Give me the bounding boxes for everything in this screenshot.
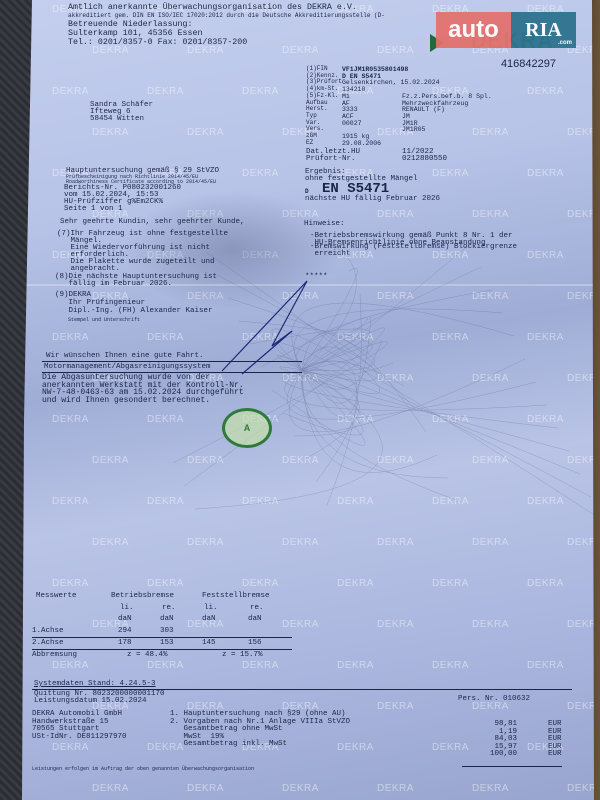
watermark: DEKRA — [187, 537, 224, 548]
listing-id: 416842297 — [501, 58, 556, 70]
autoria-logo-suffix: .com — [558, 40, 572, 46]
watermark: DEKRA — [432, 168, 469, 179]
closing-line: Wir wünschen Ihnen eine gute Fahrt. — [46, 352, 204, 361]
page-count: Seite 1 von 1 — [64, 205, 123, 214]
watermark: DEKRA — [567, 537, 594, 548]
brake-header: Feststellbremse — [202, 592, 270, 601]
watermark: DEKRA — [432, 578, 469, 589]
brake-value: 145 — [202, 639, 216, 648]
watermark: DEKRA — [92, 537, 129, 548]
watermark: DEKRA — [242, 168, 279, 179]
total-divider — [462, 766, 562, 767]
brake-value: 153 — [160, 639, 174, 648]
autoria-logo-auto: auto — [436, 12, 511, 48]
brake-unit: daN — [202, 615, 216, 624]
vehicle-field-label: EZ — [306, 140, 313, 146]
brake-unit: daN — [248, 615, 262, 624]
watermark: DEKRA — [337, 742, 374, 753]
autoria-logo-ria: RIA.com — [511, 12, 576, 48]
brake-subheader: li. — [204, 604, 218, 613]
watermark: DEKRA — [92, 455, 129, 466]
invoice-line-description: Gesamtbetrag inkl. MwSt — [170, 740, 287, 749]
brake-row-label: 2.Achse — [32, 639, 64, 648]
watermark: DEKRA — [527, 86, 564, 97]
brake-row-label: 1.Achse — [32, 627, 64, 636]
watermark: DEKRA — [52, 86, 89, 97]
watermark: DEKRA — [52, 742, 89, 753]
brake-subheader: re. — [250, 604, 264, 613]
brake-value: 294 — [118, 627, 132, 636]
watermark: DEKRA — [567, 701, 594, 712]
header-line-3: Betreuende Niederlassung: — [68, 20, 192, 29]
watermark: DEKRA — [52, 414, 89, 425]
deceleration-parking: z = 15.7% — [222, 651, 263, 660]
watermark: DEKRA — [472, 127, 509, 138]
watermark: DEKRA — [377, 619, 414, 630]
invoice-line-amount: 100,00 — [490, 750, 532, 759]
vehicle-field-value: 00027 — [342, 120, 362, 129]
brake-value: 178 — [118, 639, 132, 648]
watermark: DEKRA — [92, 783, 129, 794]
service-date: Leistungsdatum 15.02.2024 — [34, 697, 147, 706]
watermark: DEKRA — [432, 742, 469, 753]
divider — [42, 361, 302, 362]
inspection-report-document: DEKRADEKRADEKRADEKRADEKRADEKRADEKRADEKRA… — [22, 0, 594, 800]
invoice-footer: Leistungen erfolgen im Auftrag der oben … — [32, 766, 254, 772]
brake-header: Betriebsbremse — [111, 592, 174, 601]
watermark: DEKRA — [472, 537, 509, 548]
pruefort-nr-value: 0212880550 — [402, 155, 447, 164]
watermark: DEKRA — [52, 332, 89, 343]
vehicle-field-extra: JM1R05 — [402, 126, 425, 135]
watermark: DEKRA — [377, 209, 414, 220]
watermark: DEKRA — [147, 86, 184, 97]
watermark: DEKRA — [52, 660, 89, 671]
inspector-stamp: A — [222, 408, 272, 448]
watermark: DEKRA — [377, 783, 414, 794]
brake-value: 303 — [160, 627, 174, 636]
header-line-1: Amtlich anerkannte Überwachungsorganisat… — [68, 3, 357, 12]
watermark: DEKRA — [282, 45, 319, 56]
watermark: DEKRA — [377, 537, 414, 548]
notes-label: Hinweise: — [304, 220, 345, 229]
watermark: DEKRA — [377, 701, 414, 712]
watermark: DEKRA — [242, 660, 279, 671]
watermark: DEKRA — [472, 209, 509, 220]
vehicle-field-value: 29.08.2006 — [342, 140, 381, 149]
salutation: Sehr geehrte Kundin, sehr geehrter Kunde… — [60, 218, 245, 227]
watermark: DEKRA — [527, 168, 564, 179]
vehicle-field-label: (5)Fz-Kl. — [306, 93, 338, 99]
watermark: DEKRA — [282, 783, 319, 794]
watermark: DEKRA — [52, 578, 89, 589]
license-plate: EN S5471 — [322, 182, 389, 196]
watermark: DEKRA — [242, 578, 279, 589]
system-version: Systemdaten Stand: 4.24.5-3 — [34, 680, 156, 689]
header-line-5: Tel.: 0201/8357-0 Fax: 0201/8357-200 — [68, 38, 247, 47]
watermark: DEKRA — [567, 619, 594, 630]
brake-subheader: re. — [162, 604, 176, 613]
watermark: DEKRA — [92, 127, 129, 138]
deceleration-label: Abbremsung — [32, 651, 77, 660]
watermark: DEKRA — [432, 660, 469, 671]
company-line: USt-IdNr. DE811297970 — [32, 733, 127, 742]
divider — [32, 637, 292, 638]
header-line-4: Sulterkamp 101, 45356 Essen — [68, 29, 202, 38]
vehicle-field-label: Typ — [306, 113, 317, 119]
brake-subheader: li. — [120, 604, 134, 613]
note-line: erreicht — [310, 250, 351, 259]
watermark: DEKRA — [377, 45, 414, 56]
personnel-number: Pers. Nr. 010632 — [458, 695, 530, 704]
watermark: DEKRA — [187, 783, 224, 794]
pruefort-nr-label: Prüfort-Nr. — [306, 155, 356, 164]
paragraph-8-line: fällig im Februar 2026. — [55, 280, 172, 289]
autoria-logo-ria-text: RIA — [525, 19, 562, 42]
next-hu: nächste HU fällig Februar 2026 — [305, 195, 440, 204]
watermark: DEKRA — [567, 209, 594, 220]
emissions-title: Motormanagement/Abgasreinigungssystem — [44, 363, 211, 372]
deceleration-service: z = 48.4% — [127, 651, 168, 660]
brake-unit: daN — [160, 615, 174, 624]
watermark: DEKRA — [337, 578, 374, 589]
header-line-2: akkreditiert gem. DIN EN ISO/IEC 17020:2… — [68, 13, 385, 19]
autoria-logo: auto RIA.com — [436, 12, 576, 48]
stamp-label: Stempel und Unterschrift — [68, 317, 140, 323]
emissions-line: und wird Ihnen gesondert berechnet. — [42, 397, 210, 406]
recipient-city: 58454 Witten — [90, 115, 144, 124]
watermark: DEKRA — [472, 619, 509, 630]
watermark: DEKRA — [282, 537, 319, 548]
watermark: DEKRA — [147, 660, 184, 671]
watermark: DEKRA — [567, 127, 594, 138]
invoice-line-currency: EUR — [548, 750, 562, 759]
watermark: DEKRA — [147, 578, 184, 589]
watermark: DEKRA — [337, 660, 374, 671]
divider — [32, 649, 292, 650]
brake-unit: daN — [118, 615, 132, 624]
watermark: DEKRA — [567, 783, 594, 794]
watermark: DEKRA — [527, 578, 564, 589]
watermark: DEKRA — [187, 127, 224, 138]
paragraph-9-line: Dipl.-Ing. (FH) Alexander Kaiser — [55, 307, 213, 316]
brake-value: 156 — [248, 639, 262, 648]
watermark: DEKRA — [242, 86, 279, 97]
watermark: DEKRA — [472, 783, 509, 794]
brake-header: Messwerte — [36, 592, 77, 601]
watermark: DEKRA — [52, 496, 89, 507]
watermark: DEKRA — [282, 619, 319, 630]
watermark: DEKRA — [527, 660, 564, 671]
